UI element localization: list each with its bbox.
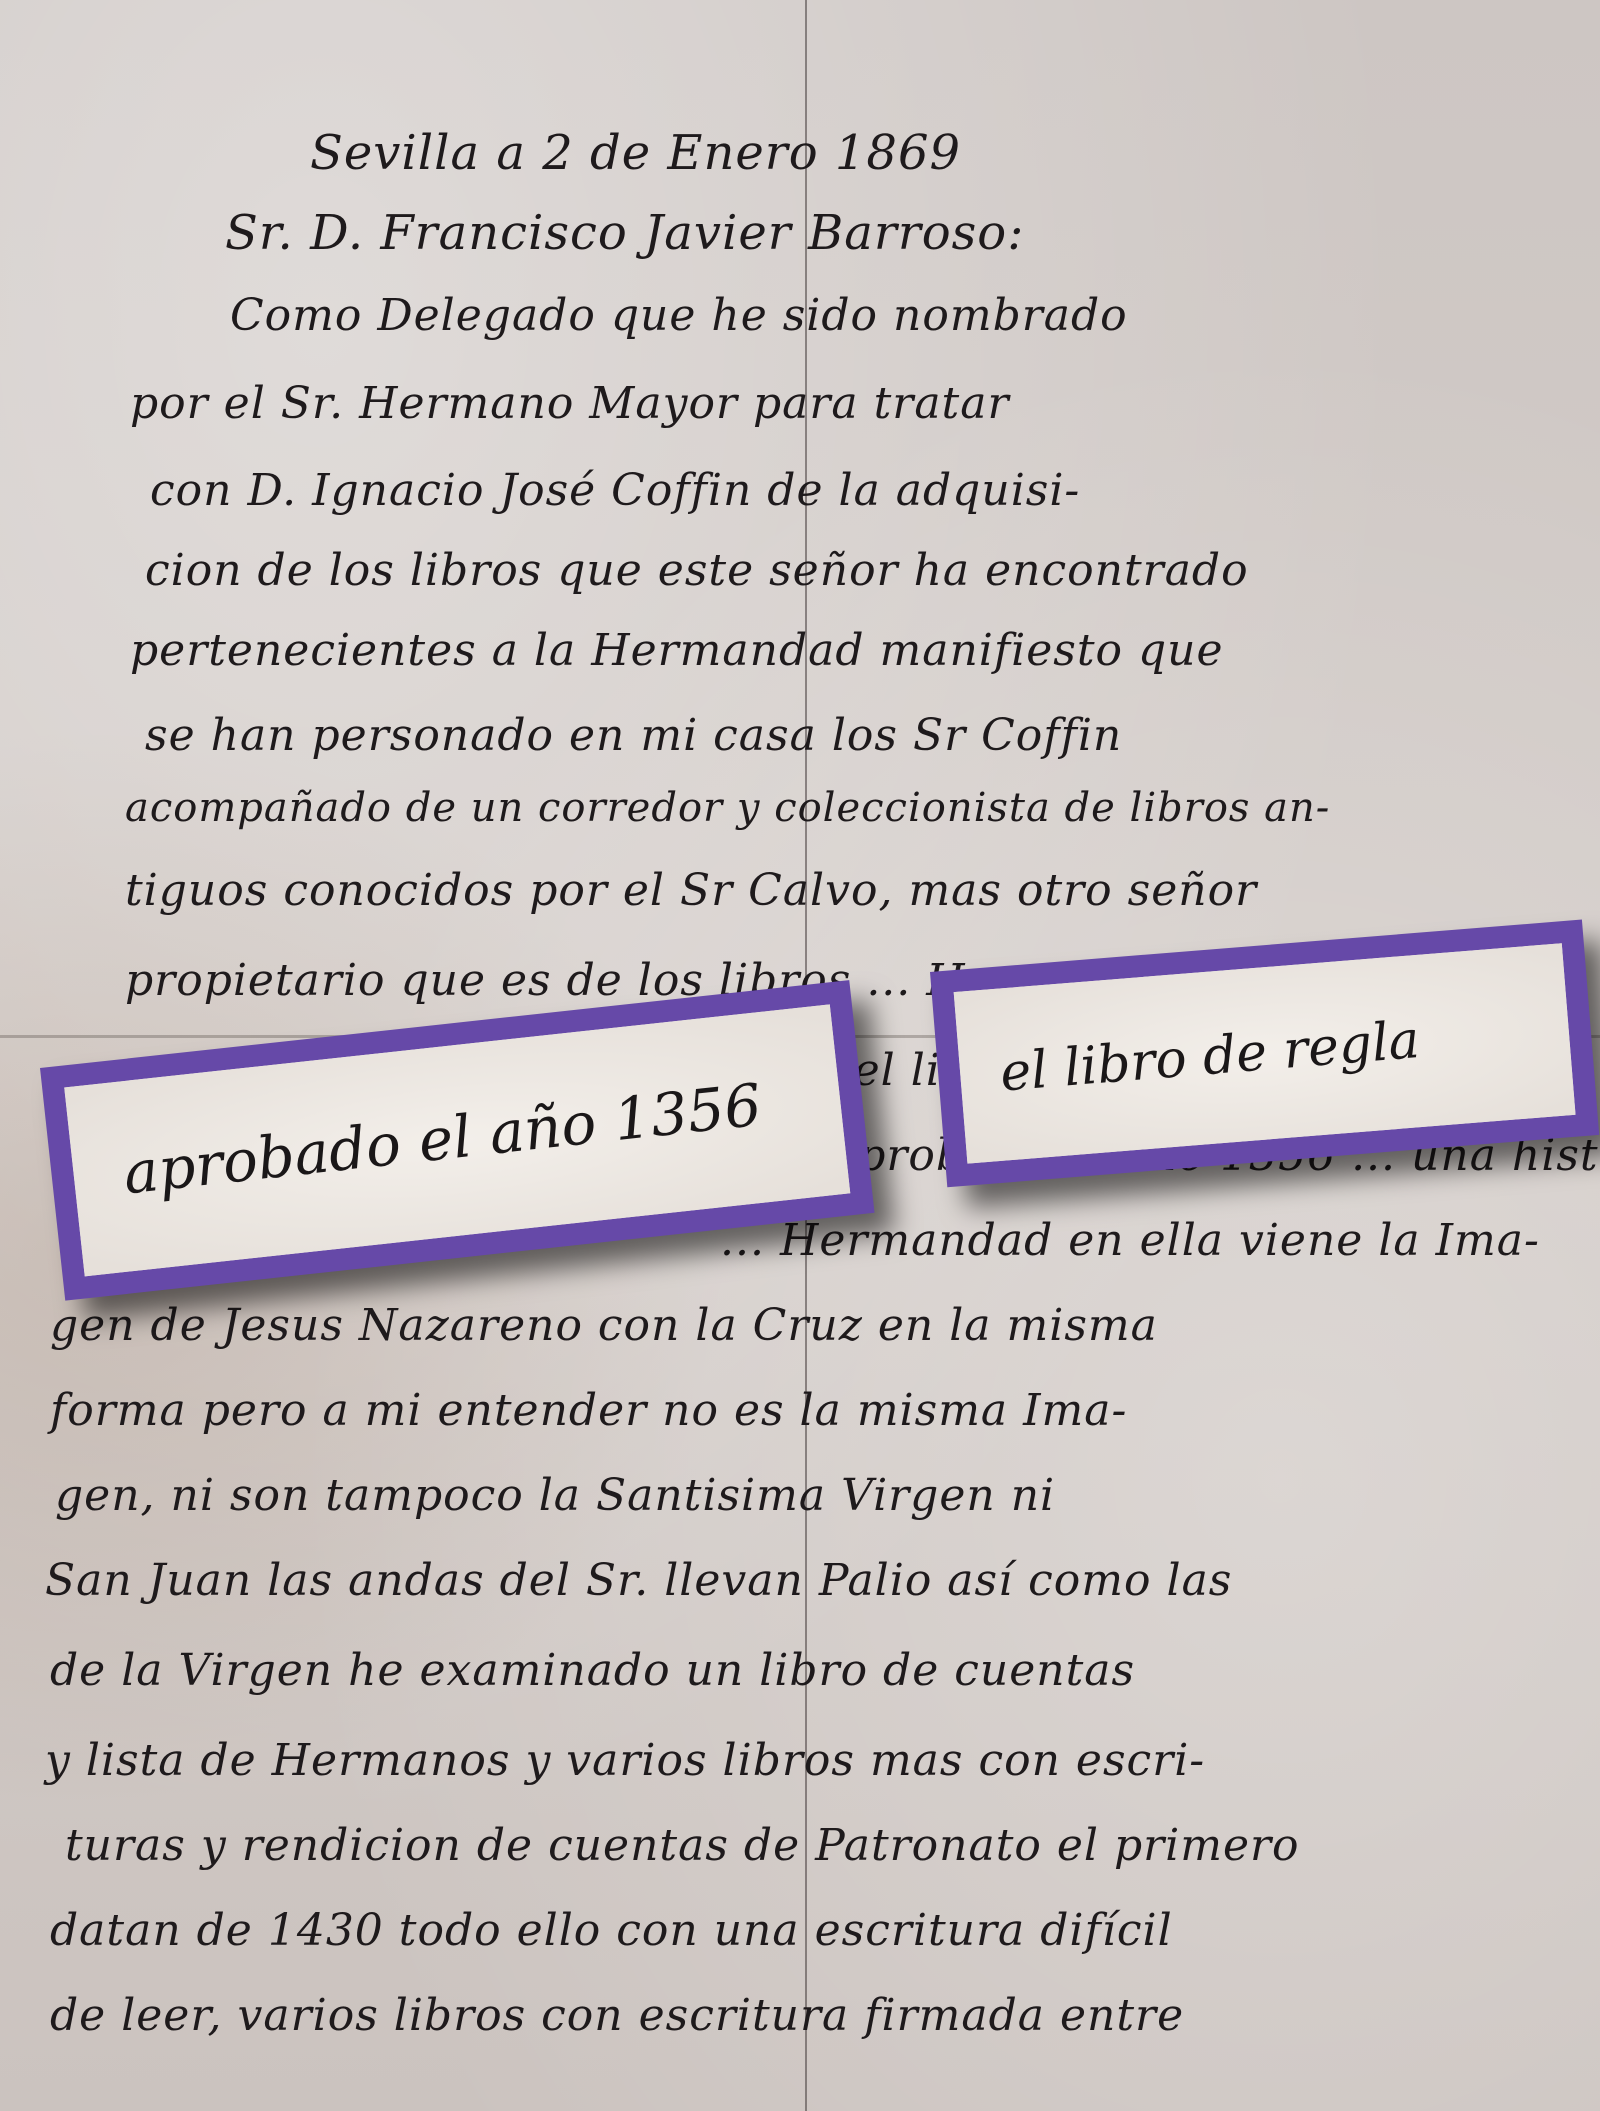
letter-line: por el Sr. Hermano Mayor para tratar (130, 378, 1010, 429)
letter-line: gen, ni son tampoco la Santisima Virgen … (55, 1470, 1055, 1521)
letter-line: pertenecientes a la Hermandad manifiesto… (130, 625, 1224, 676)
letter-line: cion de los libros que este señor ha enc… (145, 545, 1249, 596)
letter-line: ... Hermandad en ella viene la Ima- (720, 1215, 1540, 1266)
letter-line: y lista de Hermanos y varios libros mas … (45, 1735, 1205, 1786)
letter-line: San Juan las andas del Sr. llevan Palio … (45, 1555, 1232, 1606)
letter-line: se han personado en mi casa los Sr Coffi… (145, 710, 1122, 761)
letter-line: datan de 1430 todo ello con una escritur… (50, 1905, 1173, 1956)
letter-line: acompañado de un corredor y coleccionist… (125, 785, 1330, 831)
letter-line: tiguos conocidos por el Sr Calvo, mas ot… (125, 865, 1257, 916)
letter-line: de la Virgen he examinado un libro de cu… (50, 1645, 1135, 1696)
letter-line: forma pero a mi entender no es la misma … (50, 1385, 1127, 1436)
callout-crop-image: el libro de regla (954, 943, 1576, 1163)
letter-line: con D. Ignacio José Coffin de la adquisi… (150, 465, 1080, 516)
letter-line: de leer, varios libros con escritura fir… (50, 1990, 1184, 2041)
date-line: Sevilla a 2 de Enero 1869 (310, 125, 961, 181)
letter-line: Como Delegado que he sido nombrado (230, 290, 1128, 341)
letter-line: gen de Jesus Nazareno con la Cruz en la … (50, 1300, 1158, 1351)
callout-text: el libro de regla (998, 1010, 1422, 1104)
addressee-line: Sr. D. Francisco Javier Barroso: (225, 205, 1024, 261)
letter-line: turas y rendicion de cuentas de Patronat… (65, 1820, 1300, 1871)
callout-text: aprobado el año 1356 (120, 1071, 764, 1208)
